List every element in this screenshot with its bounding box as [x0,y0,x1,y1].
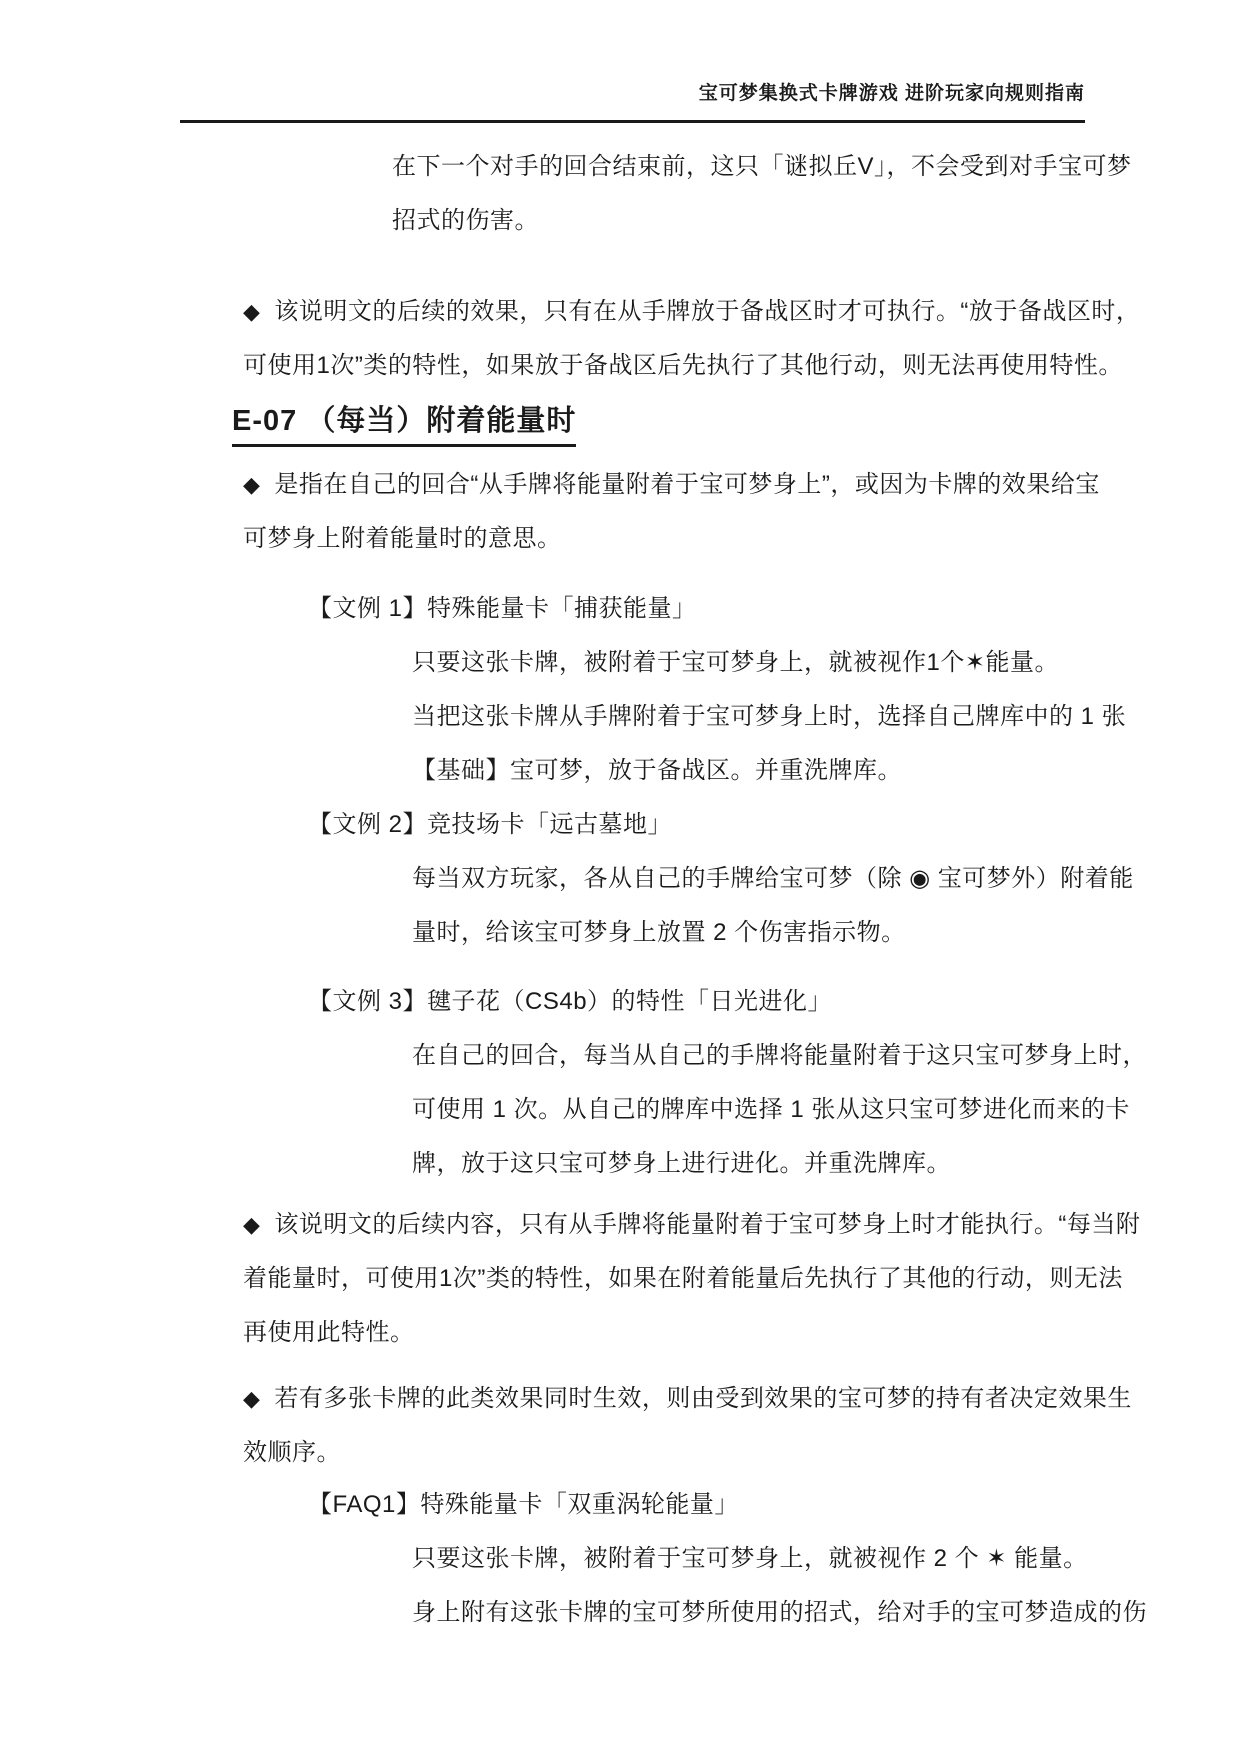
colorless-energy-icon: ✶ [965,649,986,676]
paragraph-line: 身上附有这张卡牌的宝可梦所使用的招式，给对手的宝可梦造成的伤 [412,1586,1147,1640]
faq-1-label-container: 【FAQ1】特殊能量卡「双重涡轮能量」 [308,1478,739,1532]
rules-document-page: 宝可梦集换式卡牌游戏 进阶玩家向规则指南 在下一个对手的回合结束前，这只「谜拟丘… [0,0,1241,1755]
example-3-body: 在自己的回合，每当从自己的手牌将能量附着于这只宝可梦身上时， 可使用 1 次。从… [412,1029,1147,1191]
note-paragraph-3: ◆该说明文的后续内容，只有从手牌将能量附着于宝可梦身上时才能执行。“每当附 着能… [243,1198,1140,1360]
faq-text: 能量。 [1007,1545,1088,1572]
paragraph-line: ◆该说明文的后续的效果，只有在从手牌放于备战区时才可执行。“放于备战区时， [243,285,1140,339]
page-header-title: 宝可梦集换式卡牌游戏 进阶玩家向规则指南 [699,78,1085,105]
note-text: 该说明文的后续的效果，只有在从手牌放于备战区时才可执行。“放于备战区时， [274,298,1140,325]
header-rule-divider [180,120,1085,123]
faq-text: 只要这张卡牌，被附着于宝可梦身上，就被视作 2 个 [412,1545,986,1572]
example-1-body: 只要这张卡牌，被附着于宝可梦身上，就被视作1个✶能量。 当把这张卡牌从手牌附着于… [412,636,1126,798]
paragraph-line: 量时，给该宝可梦身上放置 2 个伤害指示物。 [412,906,1134,960]
paragraph-line: 只要这张卡牌，被附着于宝可梦身上，就被视作 2 个 ✶ 能量。 [412,1532,1147,1586]
example-2-label-container: 【文例 2】竞技场卡「远古墓地」 [308,798,672,852]
example-2-body: 每当双方玩家，各从自己的手牌给宝可梦（除 ◉ 宝可梦外）附着能 量时，给该宝可梦… [412,852,1134,960]
paragraph-line: 每当双方玩家，各从自己的手牌给宝可梦（除 ◉ 宝可梦外）附着能 [412,852,1134,906]
paragraph-line: 再使用此特性。 [243,1306,1140,1360]
note-paragraph-4: ◆若有多张卡牌的此类效果同时生效，则由受到效果的宝可梦的持有者决定效果生 效顺序… [243,1372,1132,1480]
example-3-label: 【文例 3】毽子花（CS4b）的特性「日光进化」 [308,975,832,1029]
paragraph-line: 着能量时，可使用1次”类的特性，如果在附着能量后先执行了其他的行动，则无法 [243,1252,1140,1306]
paragraph-line: 招式的伤害。 [392,194,1132,248]
diamond-bullet-icon: ◆ [243,285,260,339]
faq-1-label: 【FAQ1】特殊能量卡「双重涡轮能量」 [308,1478,739,1532]
diamond-bullet-icon: ◆ [243,458,260,512]
section-heading-container: E-07 （每当）附着能量时 [232,398,576,447]
diamond-bullet-icon: ◆ [243,1198,260,1252]
paragraph-line: 在自己的回合，每当从自己的手牌将能量附着于这只宝可梦身上时， [412,1029,1147,1083]
paragraph-line: 效顺序。 [243,1426,1132,1480]
paragraph-line: 在下一个对手的回合结束前，这只「谜拟丘V」，不会受到对手宝可梦 [392,140,1132,194]
example-3-label-container: 【文例 3】毽子花（CS4b）的特性「日光进化」 [308,975,832,1029]
note-text: 该说明文的后续内容，只有从手牌将能量附着于宝可梦身上时才能执行。“每当附 [274,1211,1140,1238]
paragraph-line: ◆若有多张卡牌的此类效果同时生效，则由受到效果的宝可梦的持有者决定效果生 [243,1372,1132,1426]
note-paragraph-1: ◆该说明文的后续的效果，只有在从手牌放于备战区时才可执行。“放于备战区时， 可使… [243,285,1140,393]
example-text: 能量。 [985,649,1059,676]
note-text: 是指在自己的回合“从手牌将能量附着于宝可梦身上”，或因为卡牌的效果给宝 [274,471,1099,498]
note-paragraph-2: ◆是指在自己的回合“从手牌将能量附着于宝可梦身上”，或因为卡牌的效果给宝 可梦身… [243,458,1100,566]
psychic-energy-icon: ◉ [909,865,930,892]
faq-1-body: 只要这张卡牌，被附着于宝可梦身上，就被视作 2 个 ✶ 能量。 身上附有这张卡牌… [412,1532,1147,1640]
paragraph-line: 【基础】宝可梦，放于备战区。并重洗牌库。 [412,744,1126,798]
example-1-label-container: 【文例 1】特殊能量卡「捕获能量」 [308,582,697,636]
paragraph-line: 当把这张卡牌从手牌附着于宝可梦身上时，选择自己牌库中的 1 张 [412,690,1126,744]
paragraph-line: 可使用1次”类的特性，如果放于备战区后先执行了其他行动，则无法再使用特性。 [243,339,1140,393]
example-1-label: 【文例 1】特殊能量卡「捕获能量」 [308,582,697,636]
colorless-energy-icon: ✶ [986,1545,1007,1572]
example-text: 每当双方玩家，各从自己的手牌给宝可梦（除 [412,865,909,892]
paragraph-line: 牌，放于这只宝可梦身上进行进化。并重洗牌库。 [412,1137,1147,1191]
diamond-bullet-icon: ◆ [243,1372,260,1426]
paragraph-line: 可使用 1 次。从自己的牌库中选择 1 张从这只宝可梦进化而来的卡 [412,1083,1147,1137]
note-text: 若有多张卡牌的此类效果同时生效，则由受到效果的宝可梦的持有者决定效果生 [274,1385,1132,1412]
section-heading: E-07 （每当）附着能量时 [232,398,576,447]
paragraph-line: ◆是指在自己的回合“从手牌将能量附着于宝可梦身上”，或因为卡牌的效果给宝 [243,458,1100,512]
example-text: 只要这张卡牌，被附着于宝可梦身上，就被视作1个 [412,649,965,676]
paragraph-line: 只要这张卡牌，被附着于宝可梦身上，就被视作1个✶能量。 [412,636,1126,690]
continued-paragraph: 在下一个对手的回合结束前，这只「谜拟丘V」，不会受到对手宝可梦 招式的伤害。 [392,140,1132,248]
example-text: 宝可梦外）附着能 [931,865,1134,892]
paragraph-line: ◆该说明文的后续内容，只有从手牌将能量附着于宝可梦身上时才能执行。“每当附 [243,1198,1140,1252]
example-2-label: 【文例 2】竞技场卡「远古墓地」 [308,798,672,852]
paragraph-line: 可梦身上附着能量时的意思。 [243,512,1100,566]
